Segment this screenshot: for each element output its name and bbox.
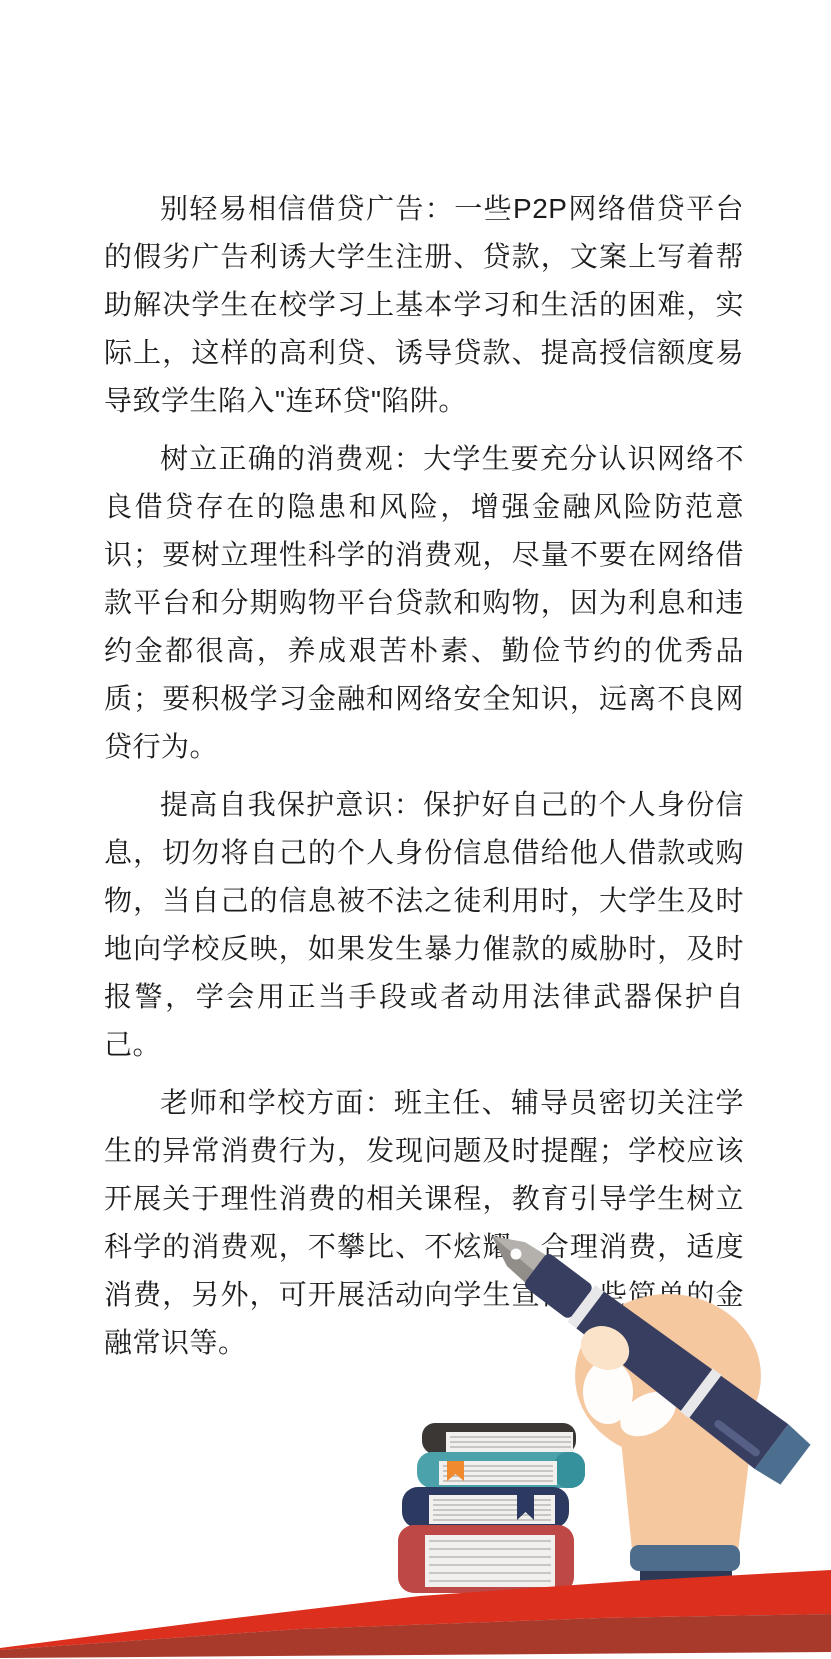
- book-teal: [417, 1452, 585, 1488]
- book-red: [398, 1525, 574, 1593]
- document-page: 别轻易相信借贷广告：一些P2P网络借贷平台的假劣广告利诱大学生注册、贷款，文案上…: [0, 0, 831, 1659]
- paragraph-self-protection: 提高自我保护意识：保护好自己的个人身份信息，切勿将自己的个人身份信息借给他人借款…: [104, 781, 744, 1069]
- paragraph-consumption-view: 树立正确的消费观：大学生要充分认识网络不良借贷存在的隐患和风险，增强金融风险防范…: [104, 435, 744, 771]
- book-navy: [402, 1487, 569, 1528]
- writing-illustration: [0, 1139, 831, 1659]
- book-black: [422, 1423, 576, 1454]
- paragraph-borrowing-ads: 别轻易相信借贷广告：一些P2P网络借贷平台的假劣广告利诱大学生注册、贷款，文案上…: [104, 185, 744, 425]
- books-stack-icon: [398, 1423, 585, 1593]
